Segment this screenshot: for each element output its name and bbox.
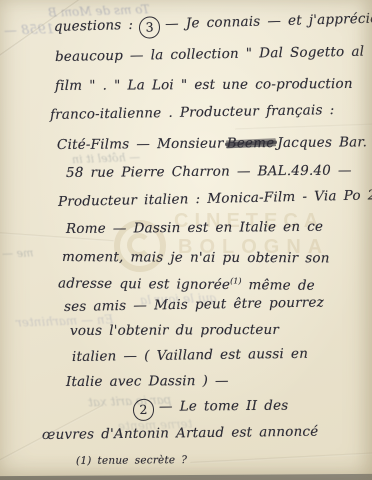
line-text: questions : bbox=[54, 17, 134, 35]
handwritten-line: franco-italienne . Producteur français : bbox=[50, 102, 335, 123]
handwritten-line: moment, mais je n'ai pu obtenir son bbox=[62, 249, 330, 266]
line-text: œuvres d'Antonin Artaud est annoncé bbox=[42, 424, 319, 443]
handwritten-line: œuvres d'Antonin Artaud est annoncé bbox=[42, 424, 319, 443]
line-text: vous l'obtenir du producteur bbox=[70, 322, 279, 339]
paper-crease bbox=[235, 124, 372, 131]
handwritten-line: vous l'obtenir du producteur bbox=[70, 322, 279, 339]
line-text: Italie avec Dassin ) — bbox=[66, 373, 229, 390]
circled-number-3: 3 bbox=[139, 16, 161, 39]
line-text: Beeme bbox=[227, 135, 275, 151]
showthrough-mark: 1958 — bbox=[4, 22, 55, 39]
line-text: beaucoup — la collection " Dal Sogetto a… bbox=[55, 44, 364, 65]
line-text: ses amis — Mais peut être pourrez bbox=[64, 294, 324, 315]
handwritten-line: Rome — Dassin est en Italie en ce bbox=[66, 219, 323, 237]
handwritten-line: film " . " La Loi " est une co-productio… bbox=[55, 76, 353, 94]
line-text: moment, mais je n'ai pu obtenir son bbox=[62, 249, 330, 266]
line-text: film " . " La Loi " est une co-productio… bbox=[55, 76, 353, 94]
handwritten-line: adresse qui est ignorée(1) même de bbox=[58, 275, 315, 294]
paper-crease bbox=[190, 452, 372, 464]
struck-out-word: Beeme bbox=[227, 135, 275, 151]
scanner-edge-shadow bbox=[0, 474, 372, 480]
line-text: — Je connais — et j'apprécie bbox=[165, 11, 372, 33]
line-text: Rome — Dassin est en Italie en ce bbox=[66, 219, 323, 237]
handwritten-line: 2— Le tome II des bbox=[133, 398, 289, 421]
handwritten-line: italien — ( Vailland est aussi en bbox=[72, 346, 308, 365]
footnote-reference: (1) bbox=[230, 277, 241, 286]
handwritten-line: beaucoup — la collection " Dal Sogetto a… bbox=[55, 44, 364, 65]
footnote: (1) tenue secrète ? bbox=[76, 454, 187, 467]
handwritten-line: Italie avec Dassin ) — bbox=[66, 373, 229, 390]
handwritten-line: ses amis — Mais peut être pourrez bbox=[64, 294, 324, 315]
line-text: (1) tenue secrète ? bbox=[76, 454, 187, 467]
line-text: Producteur italien : Monica-Film - Via P… bbox=[58, 187, 372, 210]
handwritten-line: 58 rue Pierre Charron — BAL.49.40 — bbox=[66, 163, 352, 181]
circled-number-2: 2 bbox=[133, 399, 154, 421]
scanned-letter-page: To ms de Mom B 1958 — — hôtel it in me —… bbox=[0, 0, 372, 480]
handwritten-line: Producteur italien : Monica-Film - Via P… bbox=[58, 187, 372, 210]
line-text: franco-italienne . Producteur français : bbox=[50, 102, 335, 123]
handwritten-line: questions :3— Je connais — et j'apprécie bbox=[54, 11, 372, 41]
line-text: Cité-Films — Monsieur bbox=[57, 136, 224, 153]
line-text: italien — ( Vailland est aussi en bbox=[72, 346, 308, 365]
line-text: Jacques Bar. bbox=[277, 134, 367, 151]
line-text: — Le tome II des bbox=[159, 398, 289, 415]
line-text: 58 rue Pierre Charron — BAL.49.40 — bbox=[66, 163, 352, 181]
line-text: adresse qui est ignorée bbox=[58, 276, 230, 294]
line-text: même de bbox=[241, 277, 315, 294]
showthrough-mark: me — bbox=[2, 246, 34, 260]
handwritten-line: Cité-Films — MonsieurBeemeJacques Bar. bbox=[57, 134, 367, 153]
